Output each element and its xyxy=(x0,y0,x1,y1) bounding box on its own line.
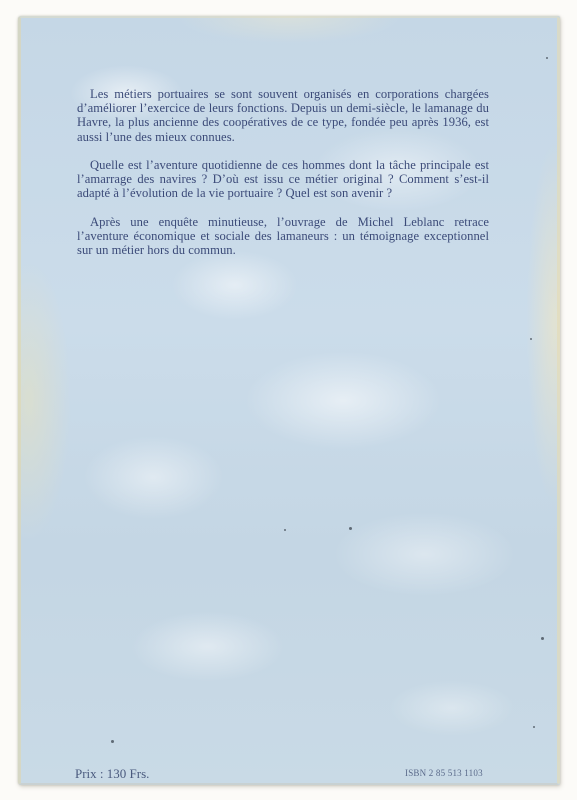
paper-speck xyxy=(541,637,544,640)
price-label: Prix : 130 Frs. xyxy=(75,766,149,782)
book-back-cover: Les métiers portuaires se sont souvent o… xyxy=(18,16,560,785)
paper-speck xyxy=(546,57,548,59)
back-cover-blurb: Les métiers portuaires se sont souvent o… xyxy=(77,87,489,272)
paper-speck xyxy=(530,338,532,340)
isbn-label: ISBN 2 85 513 1103 xyxy=(405,768,483,778)
photo-background: Les métiers portuaires se sont souvent o… xyxy=(0,0,577,800)
paper-speck xyxy=(284,529,286,531)
blurb-paragraph-1: Les métiers portuaires se sont souvent o… xyxy=(77,87,489,144)
paper-speck xyxy=(349,527,352,530)
blurb-paragraph-2: Quelle est l’aventure quotidienne de ces… xyxy=(77,158,489,201)
blurb-paragraph-3: Après une enquête minutieuse, l’ouvrage … xyxy=(77,215,489,258)
paper-speck xyxy=(111,740,114,743)
paper-speck xyxy=(533,726,535,728)
